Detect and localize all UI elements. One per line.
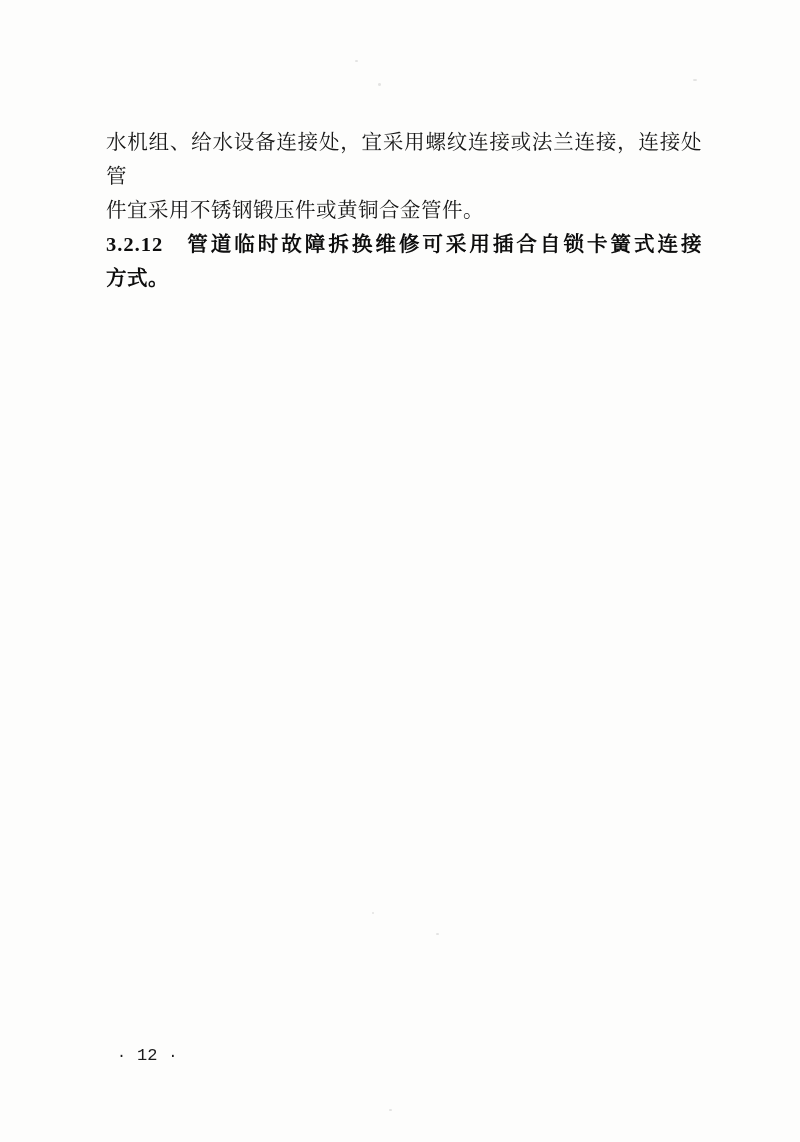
text-block: 水机组、给水设备连接处，宜采用螺纹连接或法兰连接，连接处管 件宜采用不锈钢锻压件… <box>106 126 702 296</box>
page-number: · 12 · <box>117 1047 177 1066</box>
clause-line-1: 3.2.12 管道临时故障拆换维修可采用插合自锁卡簧式连接 <box>106 228 702 262</box>
page-number-dot-right: · <box>168 1049 177 1064</box>
clause-number: 3.2.12 <box>106 228 163 262</box>
scan-speck <box>372 912 374 914</box>
scan-speck <box>389 1109 392 1111</box>
body-line-2: 件宜采用不锈钢锻压件或黄铜合金管件。 <box>106 194 702 228</box>
scan-speck <box>355 60 358 62</box>
scan-speck <box>378 83 381 86</box>
clause-line-2: 方式。 <box>106 262 702 296</box>
document-page: 水机组、给水设备连接处，宜采用螺纹连接或法兰连接，连接处管 件宜采用不锈钢锻压件… <box>0 0 800 1142</box>
scan-speck <box>436 933 439 935</box>
page-number-value: 12 <box>137 1047 157 1066</box>
clause-text: 管道临时故障拆换维修可采用插合自锁卡簧式连接 <box>187 228 702 262</box>
body-line-1: 水机组、给水设备连接处，宜采用螺纹连接或法兰连接，连接处管 <box>106 126 702 194</box>
scan-speck <box>693 79 697 81</box>
page-number-dot-left: · <box>117 1049 126 1064</box>
